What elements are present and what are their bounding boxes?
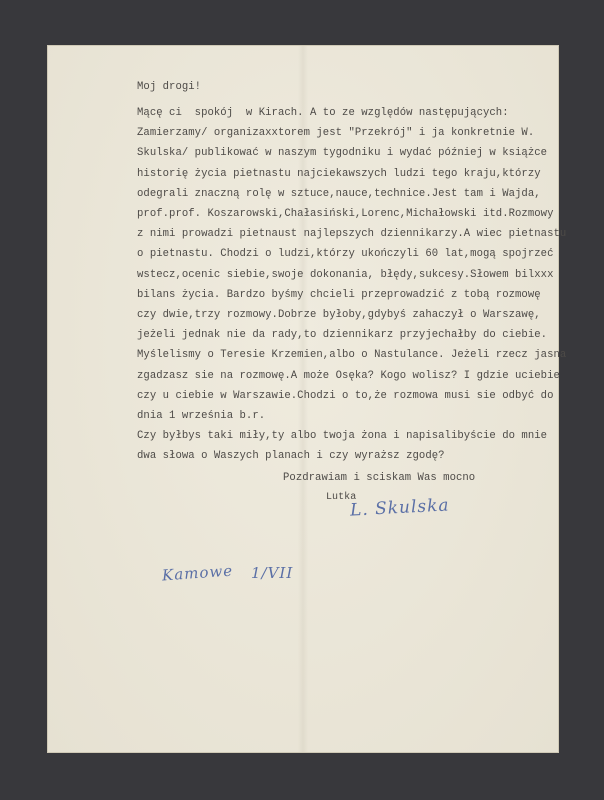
letter-closing: Pozdrawiam i sciskam Was mocno: [283, 469, 475, 487]
handwritten-date: 1/VII: [251, 564, 293, 582]
letter-line: Skulska/ publikować w naszym tygodniku i…: [137, 143, 566, 163]
letter-line: historię życia pietnastu najciekawszych …: [137, 164, 566, 184]
letter-line: dnia 1 września b.r.: [137, 406, 566, 426]
letter-line: czy u ciebie w Warszawie.Chodzi o to,że …: [137, 386, 566, 406]
letter-line: o pietnastu. Chodzi o ludzi,którzy ukońc…: [137, 244, 566, 264]
letter-line: Mącę ci spokój w Kirach. A to ze względó…: [137, 103, 566, 123]
letter-line: Zamierzamy/ organizaxxtorem jest "Przekr…: [137, 123, 566, 143]
letter-line: dwa słowa o Waszych planach i czy wyrażs…: [137, 446, 566, 466]
letter-greeting: Moj drogi!: [137, 77, 201, 97]
letter-line: z nimi prowadzi pietnaust najlepszych dz…: [137, 224, 566, 244]
letter-line: czy dwie,trzy rozmowy.Dobrze byłoby,gdyb…: [137, 305, 566, 325]
letter-line: odegrali znaczną rolę w sztuce,nauce,tec…: [137, 184, 566, 204]
letter-line: Myślelismy o Teresie Krzemien,albo o Nas…: [137, 345, 566, 365]
letter-line: bilans życia. Bardzo byśmy chcieli przep…: [137, 285, 566, 305]
letter-line: zgadzasz sie na rozmowę.A może Osęka? Ko…: [137, 366, 566, 386]
letter-line: wstecz,ocenic siebie,swoje dokonania, bł…: [137, 265, 566, 285]
letter-line: Czy byłbys taki miły,ty albo twoja żona …: [137, 426, 566, 446]
letter-page: Moj drogi! Mącę ci spokój w Kirach. A to…: [48, 46, 558, 752]
letter-body: Mącę ci spokój w Kirach. A to ze względó…: [137, 103, 566, 467]
handwritten-signature: L. Skulska: [350, 495, 451, 520]
letter-line: prof.prof. Koszarowski,Chałasiński,Loren…: [137, 204, 566, 224]
letter-line: jeżeli jednak nie da rady,to dziennikarz…: [137, 325, 566, 345]
handwritten-annotation: Kamowe: [161, 562, 233, 585]
